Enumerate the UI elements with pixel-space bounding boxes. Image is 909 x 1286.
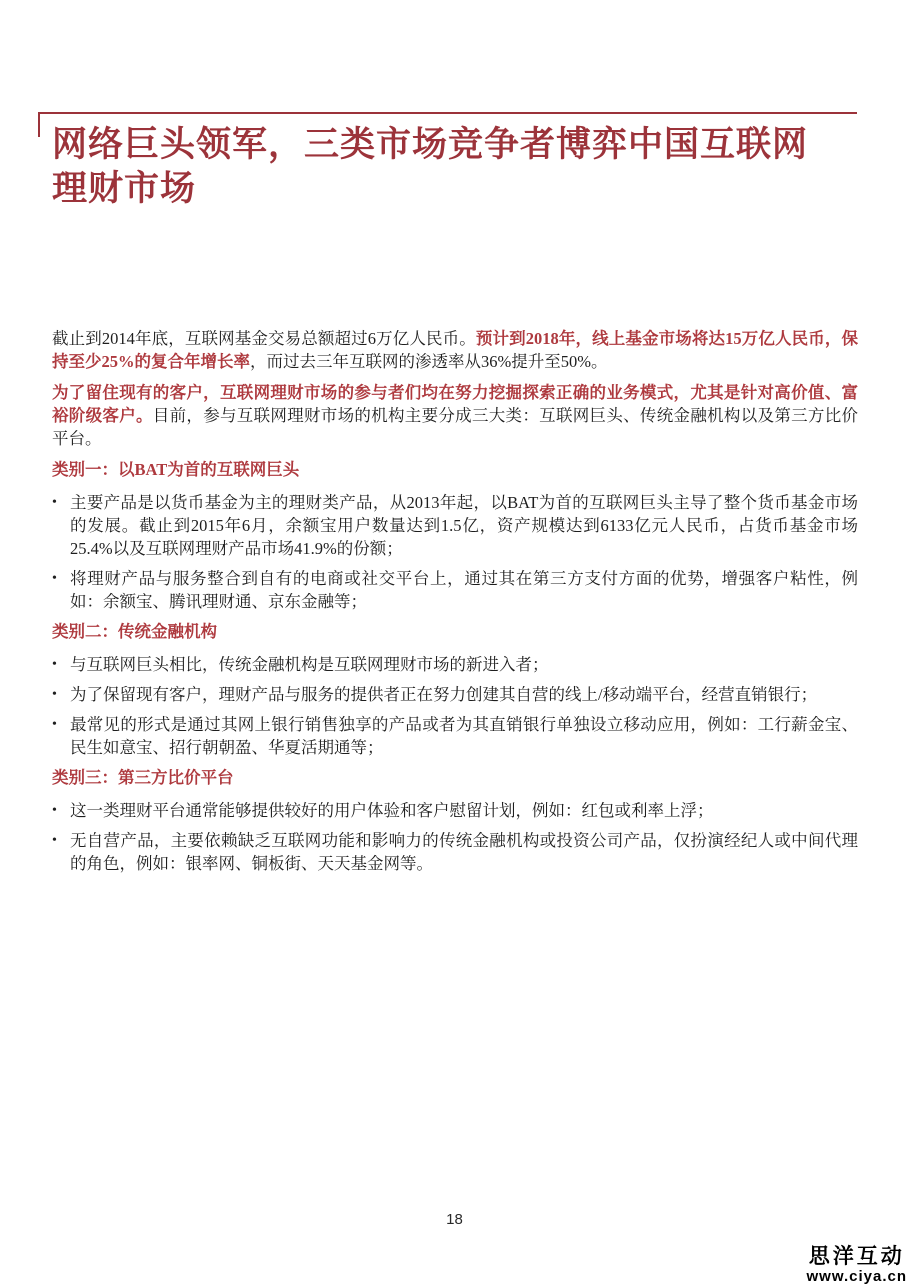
bullet-item: • 将理财产品与服务整合到自有的电商或社交平台上，通过其在第三方支付方面的优势，…: [52, 567, 858, 613]
bullet-text: 与互联网巨头相比，传统金融机构是互联网理财市场的新进入者；: [70, 653, 858, 676]
bullet-item: • 无自营产品，主要依赖缺乏互联网功能和影响力的传统金融机构或投资公司产品，仅扮…: [52, 829, 858, 875]
watermark-url: www.ciya.cn: [807, 1269, 907, 1286]
watermark-brand: 思洋互动: [807, 1245, 907, 1268]
page-number: 18: [0, 1211, 909, 1228]
category-section-3: 类别三：第三方比价平台 • 这一类理财平台通常能够提供较好的用户体验和客户慰留计…: [52, 766, 858, 875]
category-section-2: 类别二：传统金融机构 • 与互联网巨头相比，传统金融机构是互联网理财市场的新进入…: [52, 620, 858, 759]
section-3-heading: 类别三：第三方比价平台: [52, 766, 858, 789]
bullet-text: 这一类理财平台通常能够提供较好的用户体验和客户慰留计划，例如：红包或利率上浮；: [70, 799, 858, 822]
bullet-icon: •: [52, 653, 70, 676]
bullet-item: • 为了保留现有客户，理财产品与服务的提供者正在努力创建其自营的线上/移动端平台…: [52, 683, 858, 706]
page-title-line1: 网络巨头领军，三类市场竞争者博弈中国互联网: [52, 123, 857, 167]
bullet-icon: •: [52, 567, 70, 613]
bullet-item: • 主要产品是以货币基金为主的理财类产品，从2013年起，以BAT为首的互联网巨…: [52, 491, 858, 560]
intro-paragraph-2: 为了留住现有的客户，互联网理财市场的参与者们均在努力挖掘探索正确的业务模式，尤其…: [52, 381, 858, 450]
bullet-item: • 与互联网巨头相比，传统金融机构是互联网理财市场的新进入者；: [52, 653, 858, 676]
bullet-text: 将理财产品与服务整合到自有的电商或社交平台上，通过其在第三方支付方面的优势，增强…: [70, 567, 858, 613]
category-section-1: 类别一：以BAT为首的互联网巨头 • 主要产品是以货币基金为主的理财类产品，从2…: [52, 458, 858, 613]
bullet-text: 最常见的形式是通过其网上银行销售独享的产品或者为其直销银行单独设立移动应用，例如…: [70, 713, 858, 759]
section-1-heading: 类别一：以BAT为首的互联网巨头: [52, 458, 858, 481]
bullet-item: • 这一类理财平台通常能够提供较好的用户体验和客户慰留计划，例如：红包或利率上浮…: [52, 799, 858, 822]
section-2-heading: 类别二：传统金融机构: [52, 620, 858, 643]
intro-p2-text: 目前，参与互联网理财市场的机构主要分成三大类：互联网巨头、传统金融机构以及第三方…: [52, 406, 858, 448]
page-title-line2: 理财市场: [52, 167, 857, 211]
title-block: 网络巨头领军，三类市场竞争者博弈中国互联网 理财市场: [38, 112, 857, 211]
body-content: 截止到2014年底，互联网基金交易总额超过6万亿人民币。预计到2018年，线上基…: [52, 327, 858, 882]
watermark: 思洋互动 www.ciya.cn: [807, 1245, 907, 1285]
bullet-icon: •: [52, 829, 70, 875]
bullet-icon: •: [52, 683, 70, 706]
bullet-icon: •: [52, 491, 70, 560]
intro-p1-text-1: 截止到2014年底，互联网基金交易总额超过6万亿人民币。: [52, 329, 476, 348]
bullet-text: 主要产品是以货币基金为主的理财类产品，从2013年起，以BAT为首的互联网巨头主…: [70, 491, 858, 560]
bullet-icon: •: [52, 713, 70, 759]
page-title: 网络巨头领军，三类市场竞争者博弈中国互联网 理财市场: [52, 123, 857, 211]
bullet-text: 为了保留现有客户，理财产品与服务的提供者正在努力创建其自营的线上/移动端平台，经…: [70, 683, 858, 706]
intro-p1-text-2: ，而过去三年互联网的渗透率从36%提升至50%。: [250, 352, 608, 371]
intro-paragraph-1: 截止到2014年底，互联网基金交易总额超过6万亿人民币。预计到2018年，线上基…: [52, 327, 858, 373]
document-page: 网络巨头领军，三类市场竞争者博弈中国互联网 理财市场 截止到2014年底，互联网…: [0, 0, 909, 1286]
bullet-text: 无自营产品，主要依赖缺乏互联网功能和影响力的传统金融机构或投资公司产品，仅扮演经…: [70, 829, 858, 875]
bullet-icon: •: [52, 799, 70, 822]
bullet-item: • 最常见的形式是通过其网上银行销售独享的产品或者为其直销银行单独设立移动应用，…: [52, 713, 858, 759]
